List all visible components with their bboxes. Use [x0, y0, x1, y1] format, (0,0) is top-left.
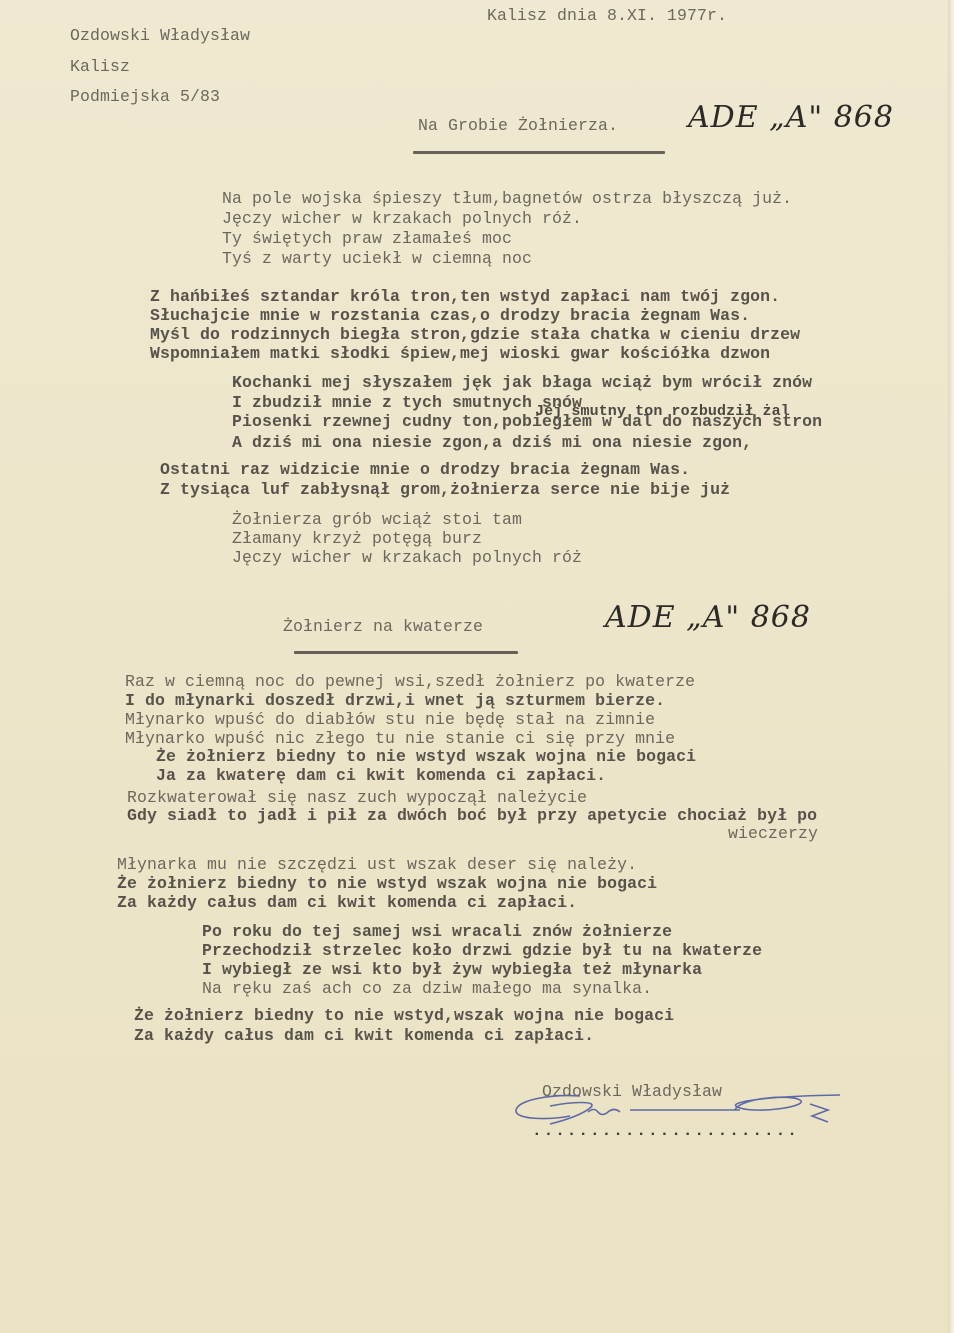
verse-line: Młynarko wpuść do diabłów stu nie będę s… [125, 711, 655, 729]
verse-line: Na ręku zaś ach co za dziw małego ma syn… [202, 980, 652, 998]
verse-line: Młynarko wpuść nic złego tu nie stanie c… [125, 730, 675, 748]
date-line: Kalisz dnia 8.XI. 1977r. [487, 7, 727, 25]
verse-line: Ty świętych praw złamałeś moc [222, 230, 512, 248]
archive-mark-1: ADE „A" 868 [688, 100, 894, 135]
archive-mark-2: ADE „A" 868 [605, 600, 811, 635]
verse-line: Złamany krzyż potęgą burz [232, 530, 482, 548]
verse-line: I do młynarki doszedł drzwi,i wnet ją sz… [125, 692, 665, 710]
signature-dotted-line: ....................... [532, 1122, 799, 1140]
verse-line: Przechodził strzelec koło drzwi gdzie by… [202, 942, 762, 960]
verse-line: Myśl do rodzinnych biegła stron,gdzie st… [150, 326, 800, 344]
verse-line: I wybiegł ze wsi kto był żyw wybiegła te… [202, 961, 702, 979]
verse-line: I zbudził mnie z tych smutnych snów [232, 394, 582, 412]
verse-line: Ostatni raz widzicie mnie o drodzy braci… [160, 461, 690, 479]
verse-line: Kochanki mej słyszałem jęk jak błaga wci… [232, 374, 812, 392]
poem1-title: Na Grobie Żołnierza. [418, 117, 618, 135]
sender-city: Kalisz [70, 58, 130, 76]
title-underline-1 [413, 151, 665, 154]
sender-name: Ozdowski Władysław [70, 27, 250, 45]
verse-line: Gdy siadł to jadł i pił za dwóch boć był… [127, 807, 817, 825]
verse-line: Z tysiąca luf zabłysnął grom,żołnierza s… [160, 481, 730, 499]
sender-street: Podmiejska 5/83 [70, 88, 220, 106]
overtyped-line: Jej smutny ton rozbudził żal [535, 403, 790, 421]
verse-line: Za każdy całus dam ci kwit komenda ci za… [117, 894, 577, 912]
verse-line: Że żołnierz biedny to nie wstyd,wszak wo… [134, 1007, 674, 1025]
verse-line: Za każdy całus dam ci kwit komenda ci za… [134, 1027, 594, 1045]
verse-line: Jęczy wicher w krzakach polnych róż. [222, 210, 582, 228]
verse-line: Słuchajcie mnie w rozstania czas,o drodz… [150, 307, 750, 325]
verse-line: Ja za kwaterę dam ci kwit komenda ci zap… [156, 767, 606, 785]
verse-line: Rozkwaterował się nasz zuch wypoczął nal… [127, 789, 587, 807]
paper-edge [948, 0, 954, 1333]
verse-line: Jęczy wicher w krzakach polnych róż [232, 549, 582, 567]
verse-line: Młynarka mu nie szczędzi ust wszak deser… [117, 856, 637, 874]
verse-line: wieczerzy [728, 825, 818, 843]
document-page: Ozdowski Władysław Kalisz Podmiejska 5/8… [0, 0, 954, 1333]
verse-line: Na pole wojska śpieszy tłum,bagnetów ost… [222, 190, 792, 208]
poem2-title: Żołnierz na kwaterze [283, 618, 483, 636]
verse-line: Po roku do tej samej wsi wracali znów żo… [202, 923, 672, 941]
verse-line: Żołnierza grób wciąż stoi tam [232, 511, 522, 529]
verse-line: Tyś z warty uciekł w ciemną noc [222, 250, 532, 268]
verse-line: Raz w ciemną noc do pewnej wsi,szedł żoł… [125, 673, 695, 691]
verse-line: Z hańbiłeś sztandar króla tron,ten wstyd… [150, 288, 780, 306]
verse-line: A dziś mi ona niesie zgon,a dziś mi ona … [232, 434, 752, 452]
verse-line: Że żołnierz biedny to nie wstyd wszak wo… [156, 748, 696, 766]
verse-line: Że żołnierz biedny to nie wstyd wszak wo… [117, 875, 657, 893]
title-underline-2 [294, 651, 518, 654]
verse-line: Wspomniałem matki słodki śpiew,mej wiosk… [150, 345, 770, 363]
